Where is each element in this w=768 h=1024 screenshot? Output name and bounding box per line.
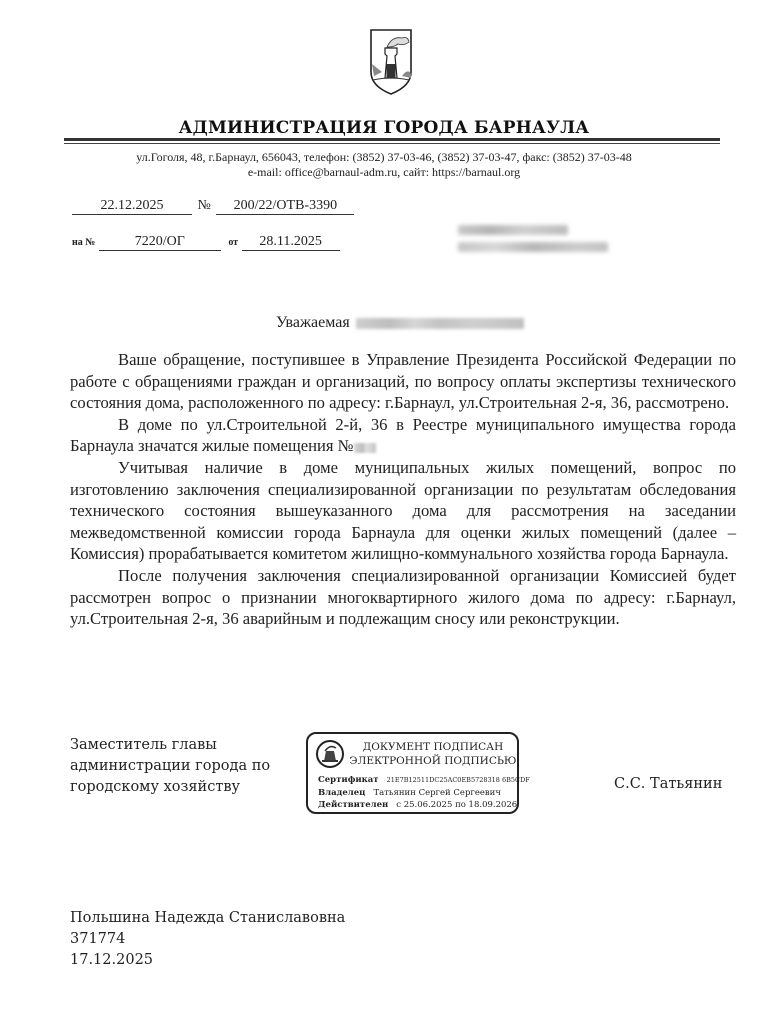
signer-position: Заместитель главы администрации города п… [70,735,290,798]
header-rule-thick [64,138,720,141]
barnaul-coat-of-arms-icon [368,20,414,98]
executor-name: Польшина Надежда Станиславовна [70,908,345,929]
apartment-numbers-redacted [354,443,376,453]
body-paragraph: В доме по ул.Строительной 2-й, 36 в Реес… [70,414,736,457]
outgoing-registration: 22.12.2025 № 200/22/ОТВ-3390 [72,198,354,215]
body-paragraph: После получения заключения специализиров… [70,565,736,630]
stamp-owner: ВладелецТатьянин Сергей Сергеевич [318,788,501,798]
letter-body: Ваше обращение, поступившее в Управление… [70,349,736,630]
salutation-name-redacted [356,318,524,329]
electronic-signature-stamp: ДОКУМЕНТ ПОДПИСАН ЭЛЕКТРОННОЙ ПОДПИСЬЮ С… [306,732,519,814]
reply-to-label: на № [72,237,95,248]
number-sign: № [198,198,211,213]
organization-title: АДМИНИСТРАЦИЯ ГОРОДА БАРНАУЛА [0,118,768,138]
executor-date: 17.12.2025 [70,950,345,971]
stamp-certificate: Сертификат21E7B12511DC25AC0EB5728318 6B5… [318,775,530,785]
salutation-text: Уважаемая [276,314,350,331]
reply-to-date: 28.11.2025 [242,234,340,251]
executor-phone: 371774 [70,929,345,950]
recipient-line-redacted [458,242,608,252]
coat-of-arms-icon [316,739,344,769]
contacts-line: e-mail: office@barnaul-adm.ru, сайт: htt… [0,165,768,180]
address-line: ул.Гоголя, 48, г.Барнаул, 656043, телефо… [0,150,768,165]
reply-reference: на № 7220/ОГ от 28.11.2025 [72,234,340,251]
body-paragraph: Ваше обращение, поступившее в Управление… [70,349,736,414]
salutation: Уважаемая [276,314,524,332]
stamp-validity: Действителенс 25.06.2025 по 18.09.2026 [318,800,517,810]
reply-to-number: 7220/ОГ [99,234,221,251]
recipient-line-redacted [458,225,568,235]
body-paragraph: Учитывая наличие в доме муниципальных жи… [70,457,736,565]
header-rule-thin [64,143,720,144]
from-label: от [228,237,238,248]
stamp-heading: ДОКУМЕНТ ПОДПИСАН ЭЛЕКТРОННОЙ ПОДПИСЬЮ [348,740,518,768]
outgoing-number: 200/22/ОТВ-3390 [216,198,354,215]
executor-info: Польшина Надежда Станиславовна 371774 17… [70,908,345,971]
outgoing-date: 22.12.2025 [72,198,192,215]
signer-name: С.С. Татьянин [614,776,722,792]
